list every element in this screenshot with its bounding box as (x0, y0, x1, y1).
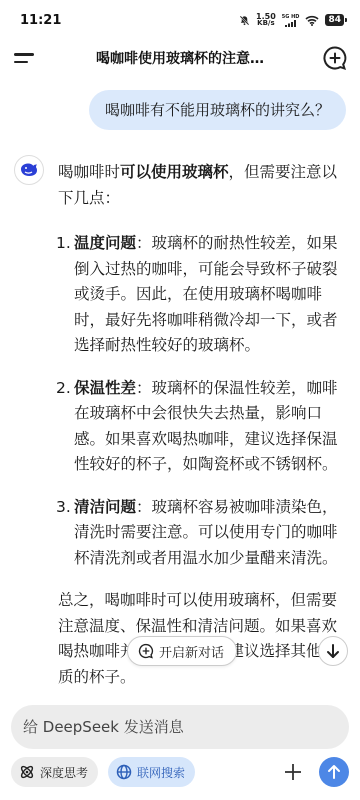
deepseek-whale-icon (19, 162, 39, 178)
message-input[interactable] (23, 718, 337, 736)
deepseek-avatar (14, 155, 44, 185)
attach-button[interactable] (281, 760, 305, 784)
scroll-to-bottom-button[interactable] (318, 636, 348, 666)
menu-icon (14, 53, 34, 56)
status-bar: 11:21 1.50 KB/s 5G HD 84 (0, 0, 360, 40)
status-icons: 1.50 KB/s 5G HD 84 (239, 13, 344, 27)
conversation-title: 喝咖啡使用玻璃杯的注意… (96, 48, 264, 68)
arrow-up-icon (326, 764, 342, 780)
new-chat-icon[interactable] (322, 45, 348, 71)
globe-icon (116, 764, 132, 780)
mute-bell-icon (239, 15, 250, 26)
ai-points-list: 1.温度问题：玻璃杯的耐热性较差，如果倒入过热的咖啡，可能会导致杯子破裂或烫手。… (56, 231, 348, 571)
new-chat-icon (138, 643, 154, 659)
composer-toolbar: 深度思考 联网搜索 (11, 757, 349, 787)
new-conversation-button[interactable]: 开启新对话 (127, 636, 237, 666)
message-composer (11, 705, 349, 749)
battery-icon: 84 (325, 14, 344, 26)
status-time: 11:21 (20, 13, 61, 28)
network-speed: 1.50 KB/s (256, 13, 276, 27)
ai-intro: 喝咖啡时可以使用玻璃杯，但需要注意以下几点： (58, 160, 348, 211)
atom-icon (19, 764, 35, 780)
list-item: 3.清洁问题：玻璃杯容易被咖啡渍染色，清洗时需要注意。可以使用专门的咖啡杯清洗剂… (56, 495, 348, 572)
plus-icon (283, 762, 303, 782)
web-search-toggle[interactable]: 联网搜索 (108, 757, 195, 787)
wifi-icon (305, 15, 319, 26)
ai-response: 喝咖啡时可以使用玻璃杯，但需要注意以下几点： 1.温度问题：玻璃杯的耐热性较差，… (58, 160, 348, 690)
user-message-bubble: 喝咖啡有不能用玻璃杯的讲究么？ (89, 90, 346, 130)
list-item: 1.温度问题：玻璃杯的耐热性较差，如果倒入过热的咖啡，可能会导致杯子破裂或烫手。… (56, 231, 348, 359)
arrow-down-icon (325, 643, 341, 659)
send-button[interactable] (319, 757, 349, 787)
app-header: 喝咖啡使用玻璃杯的注意… (0, 40, 360, 76)
content-fade (0, 680, 360, 700)
menu-button[interactable] (14, 46, 38, 70)
deep-think-toggle[interactable]: 深度思考 (11, 757, 98, 787)
cell-signal-icon: 5G HD (282, 14, 300, 27)
list-item: 2.保温性差：玻璃杯的保温性较差，咖啡在玻璃杯中会很快失去热量，影响口感。如果喜… (56, 376, 348, 478)
